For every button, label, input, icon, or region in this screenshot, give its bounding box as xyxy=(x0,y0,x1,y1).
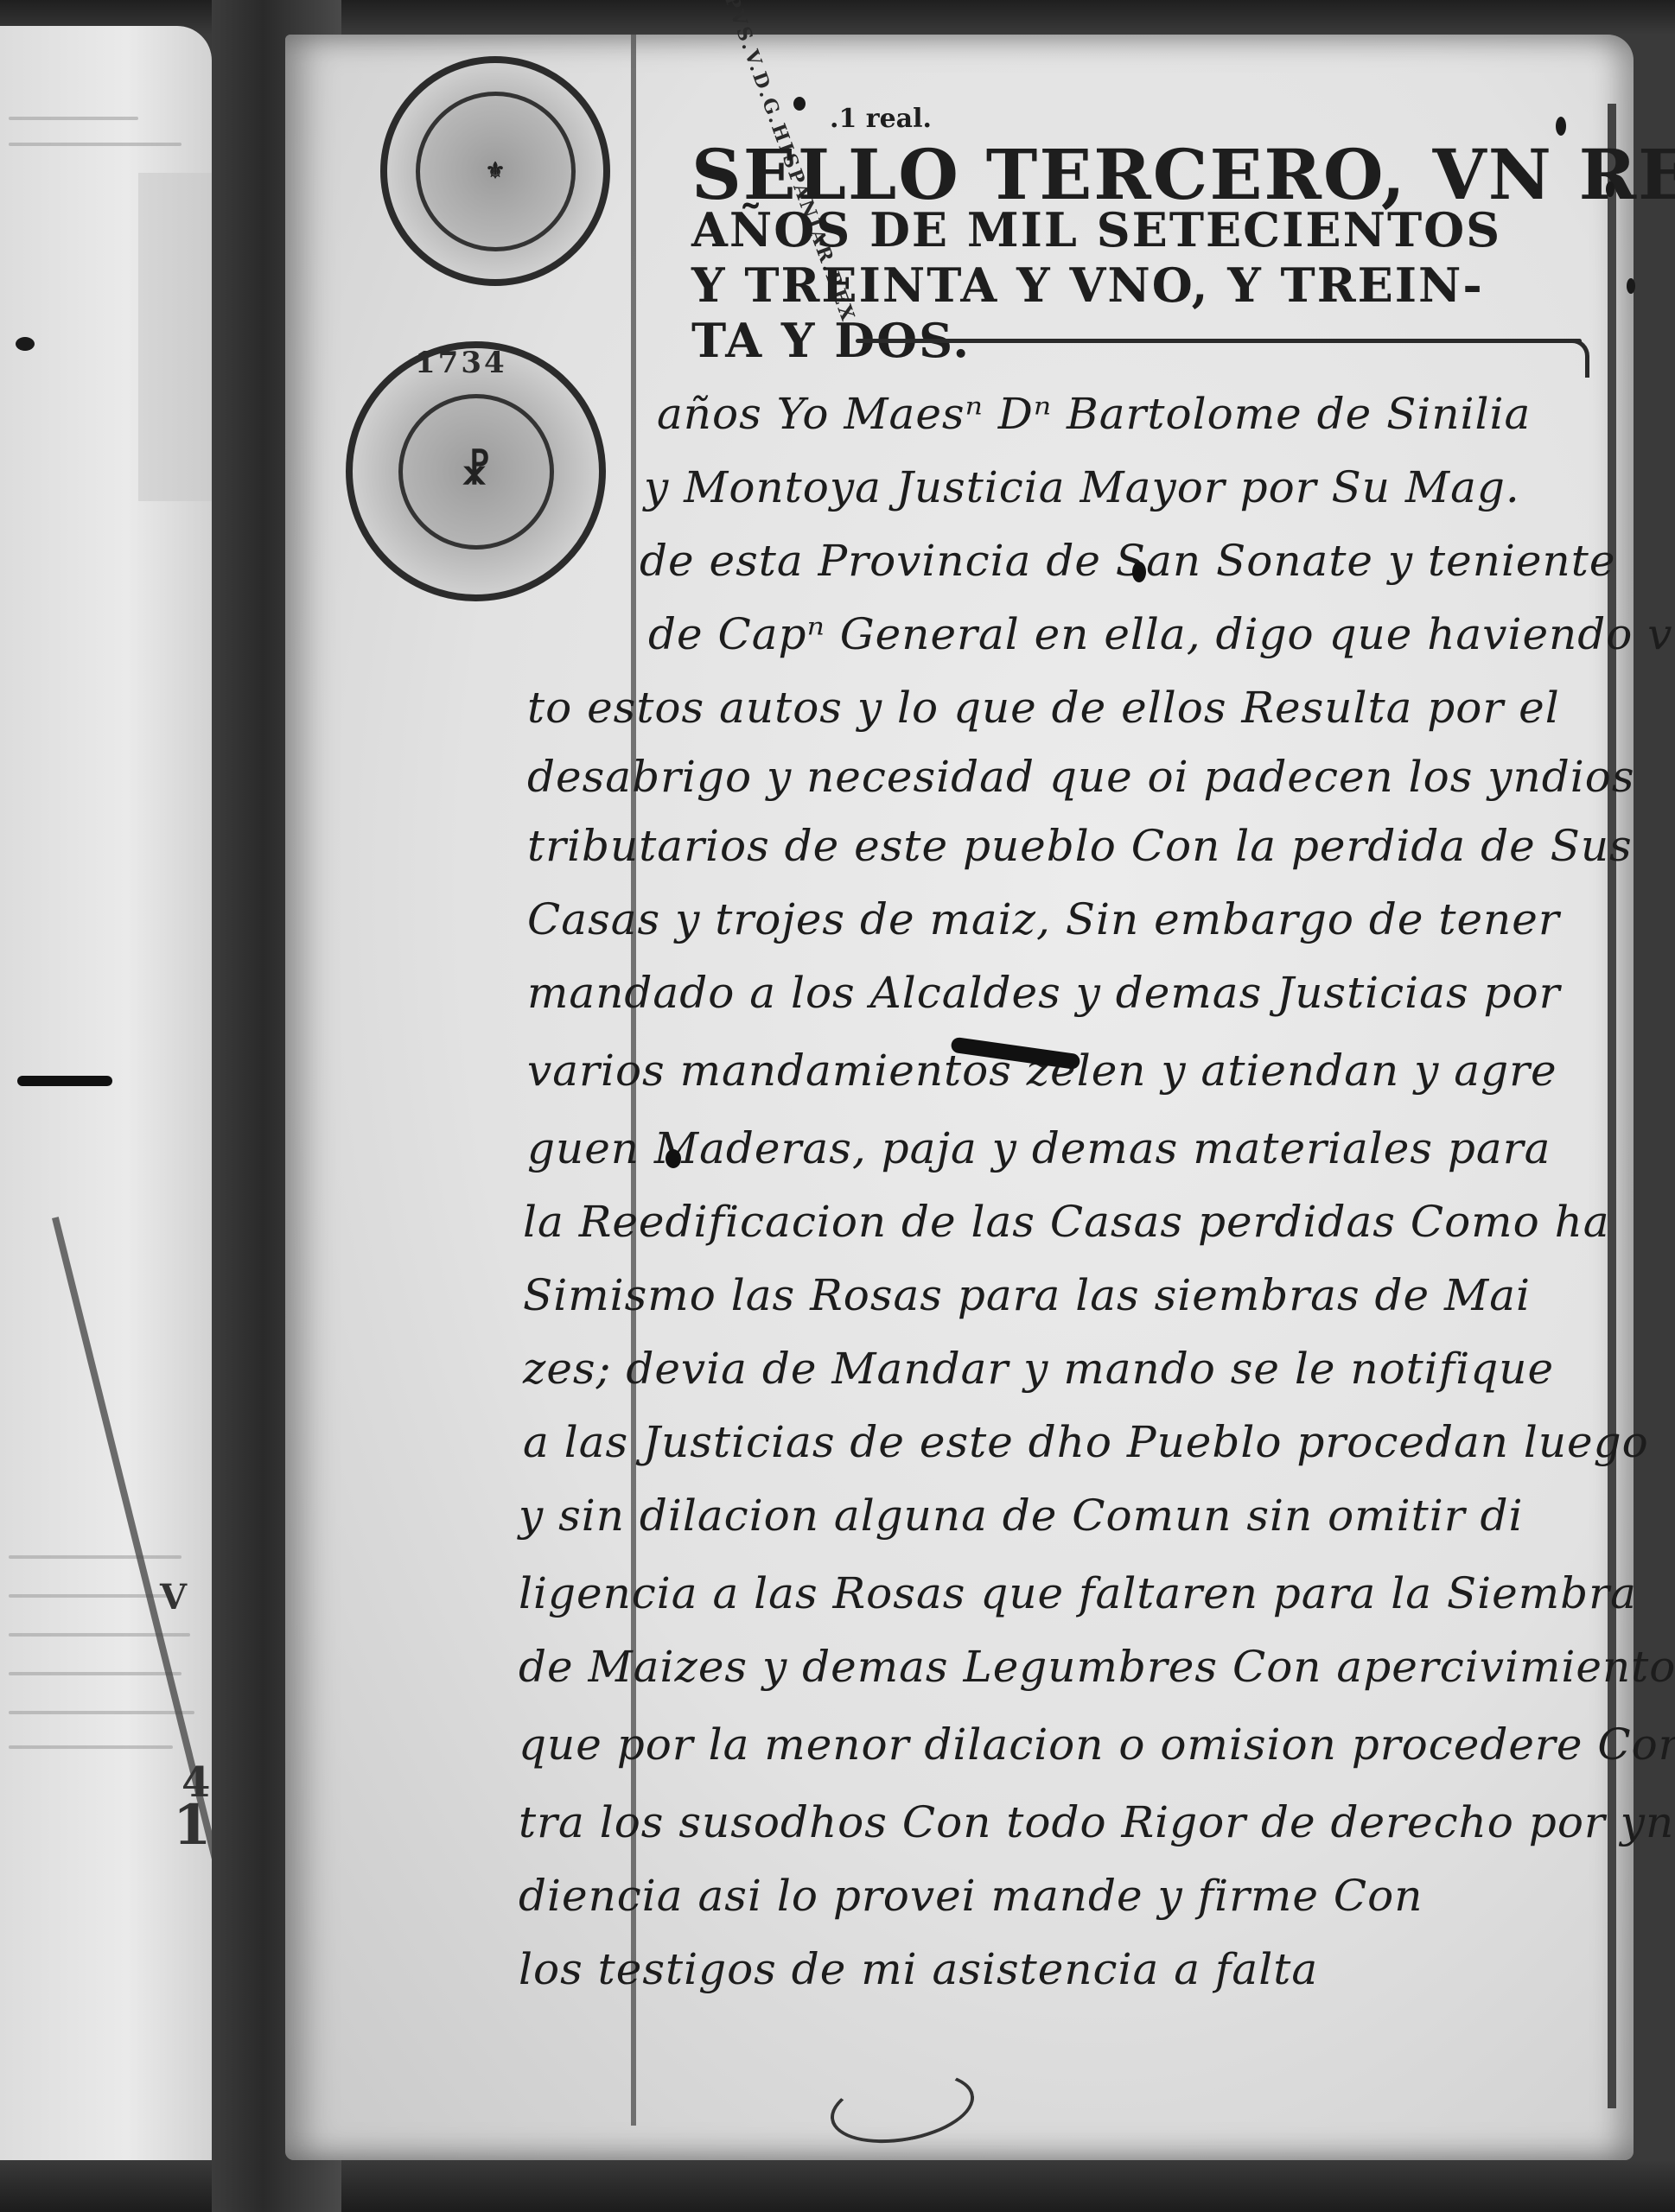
header-rule xyxy=(856,339,1582,343)
faded-text-line xyxy=(9,1555,182,1559)
ink-blot xyxy=(666,1149,681,1168)
coat-of-arms-icon: ⚜ xyxy=(416,92,576,251)
monogram-icon: ☧ xyxy=(398,394,554,550)
faded-text-line xyxy=(9,1745,173,1749)
folio-number: 1 xyxy=(173,1793,212,1858)
stamp-line: AÑOS DE MIL SETECIENTOS xyxy=(691,202,1452,257)
faded-text-line xyxy=(9,143,182,146)
ink-dot xyxy=(1606,181,1614,197)
manuscript-line: Simismo las Rosas para las siembras de M… xyxy=(523,1270,1531,1320)
manuscript-line: y Montoya Justicia Mayor por Su Mag. xyxy=(644,462,1520,512)
stamp-header: SELLO TERCERO, VN REAL, AÑOS DE MIL SETE… xyxy=(691,147,1452,368)
stamp-line: Y TREINTA Y VNO, Y TREIN- xyxy=(691,257,1452,313)
ink-dash xyxy=(17,1076,112,1086)
header-rule-hook xyxy=(1564,339,1589,378)
manuscript-line: ligencia a las Rosas que faltaren para l… xyxy=(519,1568,1637,1618)
manuscript-line: tributarios de este pueblo Con la perdid… xyxy=(527,821,1633,871)
ink-dot xyxy=(1556,117,1566,136)
manuscript-line: guen Maderas, paja y demas materiales pa… xyxy=(527,1123,1551,1173)
manuscript-line: Casas y trojes de maiz, Sin embargo de t… xyxy=(527,894,1560,944)
manuscript-line: la Reedificacion de las Casas perdidas C… xyxy=(523,1197,1610,1247)
manuscript-line: diencia asi lo provei mande y firme Con xyxy=(519,1871,1423,1921)
manuscript-line: que por la menor dilacion o omision proc… xyxy=(519,1719,1675,1770)
mark-v: V xyxy=(160,1577,187,1618)
manuscript-line: y sin dilacion alguna de Comun sin omiti… xyxy=(519,1491,1523,1541)
ink-dot xyxy=(1627,278,1635,294)
royal-seal-upper: ⚜ xyxy=(380,56,610,286)
ink-dot xyxy=(793,97,806,111)
manuscript-line: desabrigo y necesidad que oi padecen los… xyxy=(527,752,1635,802)
left-page-fragment: V 4 1 xyxy=(0,26,212,2160)
ink-dot xyxy=(16,337,35,351)
manuscript-line: años Yo Maesⁿ Dⁿ Bartolome de Sinilia xyxy=(657,389,1531,439)
faded-text-line xyxy=(9,1711,194,1714)
denomination-label: .1 real. xyxy=(830,104,932,134)
manuscript-line: a las Justicias de este dho Pueblo proce… xyxy=(523,1417,1649,1467)
manuscript-line: tra los susodhos Con todo Rigor de derec… xyxy=(519,1797,1675,1847)
manuscript-line: zes; devia de Mandar y mando se le notif… xyxy=(523,1344,1554,1394)
manuscript-line: mandado a los Alcaldes y demas Justicias… xyxy=(527,968,1561,1018)
manuscript-line: de Maizes y demas Legumbres Con apercivi… xyxy=(519,1642,1675,1692)
stamp-line: SELLO TERCERO, VN REAL, xyxy=(691,147,1452,202)
manuscript-line: los testigos de mi asistencia a falta xyxy=(519,1944,1318,1994)
seal-year: 1734 xyxy=(415,346,507,380)
seal-lower: ☧ xyxy=(346,341,606,601)
faded-text-line xyxy=(9,117,138,120)
faded-text-line xyxy=(9,1672,182,1675)
manuscript-line: to estos autos y lo que de ellos Resulta… xyxy=(527,683,1560,733)
ink-blot xyxy=(1132,562,1146,582)
manuscript-line: de esta Provincia de San Sonate y tenien… xyxy=(640,536,1615,586)
manuscript-line: de Capⁿ General en ella, digo que havien… xyxy=(648,609,1675,659)
